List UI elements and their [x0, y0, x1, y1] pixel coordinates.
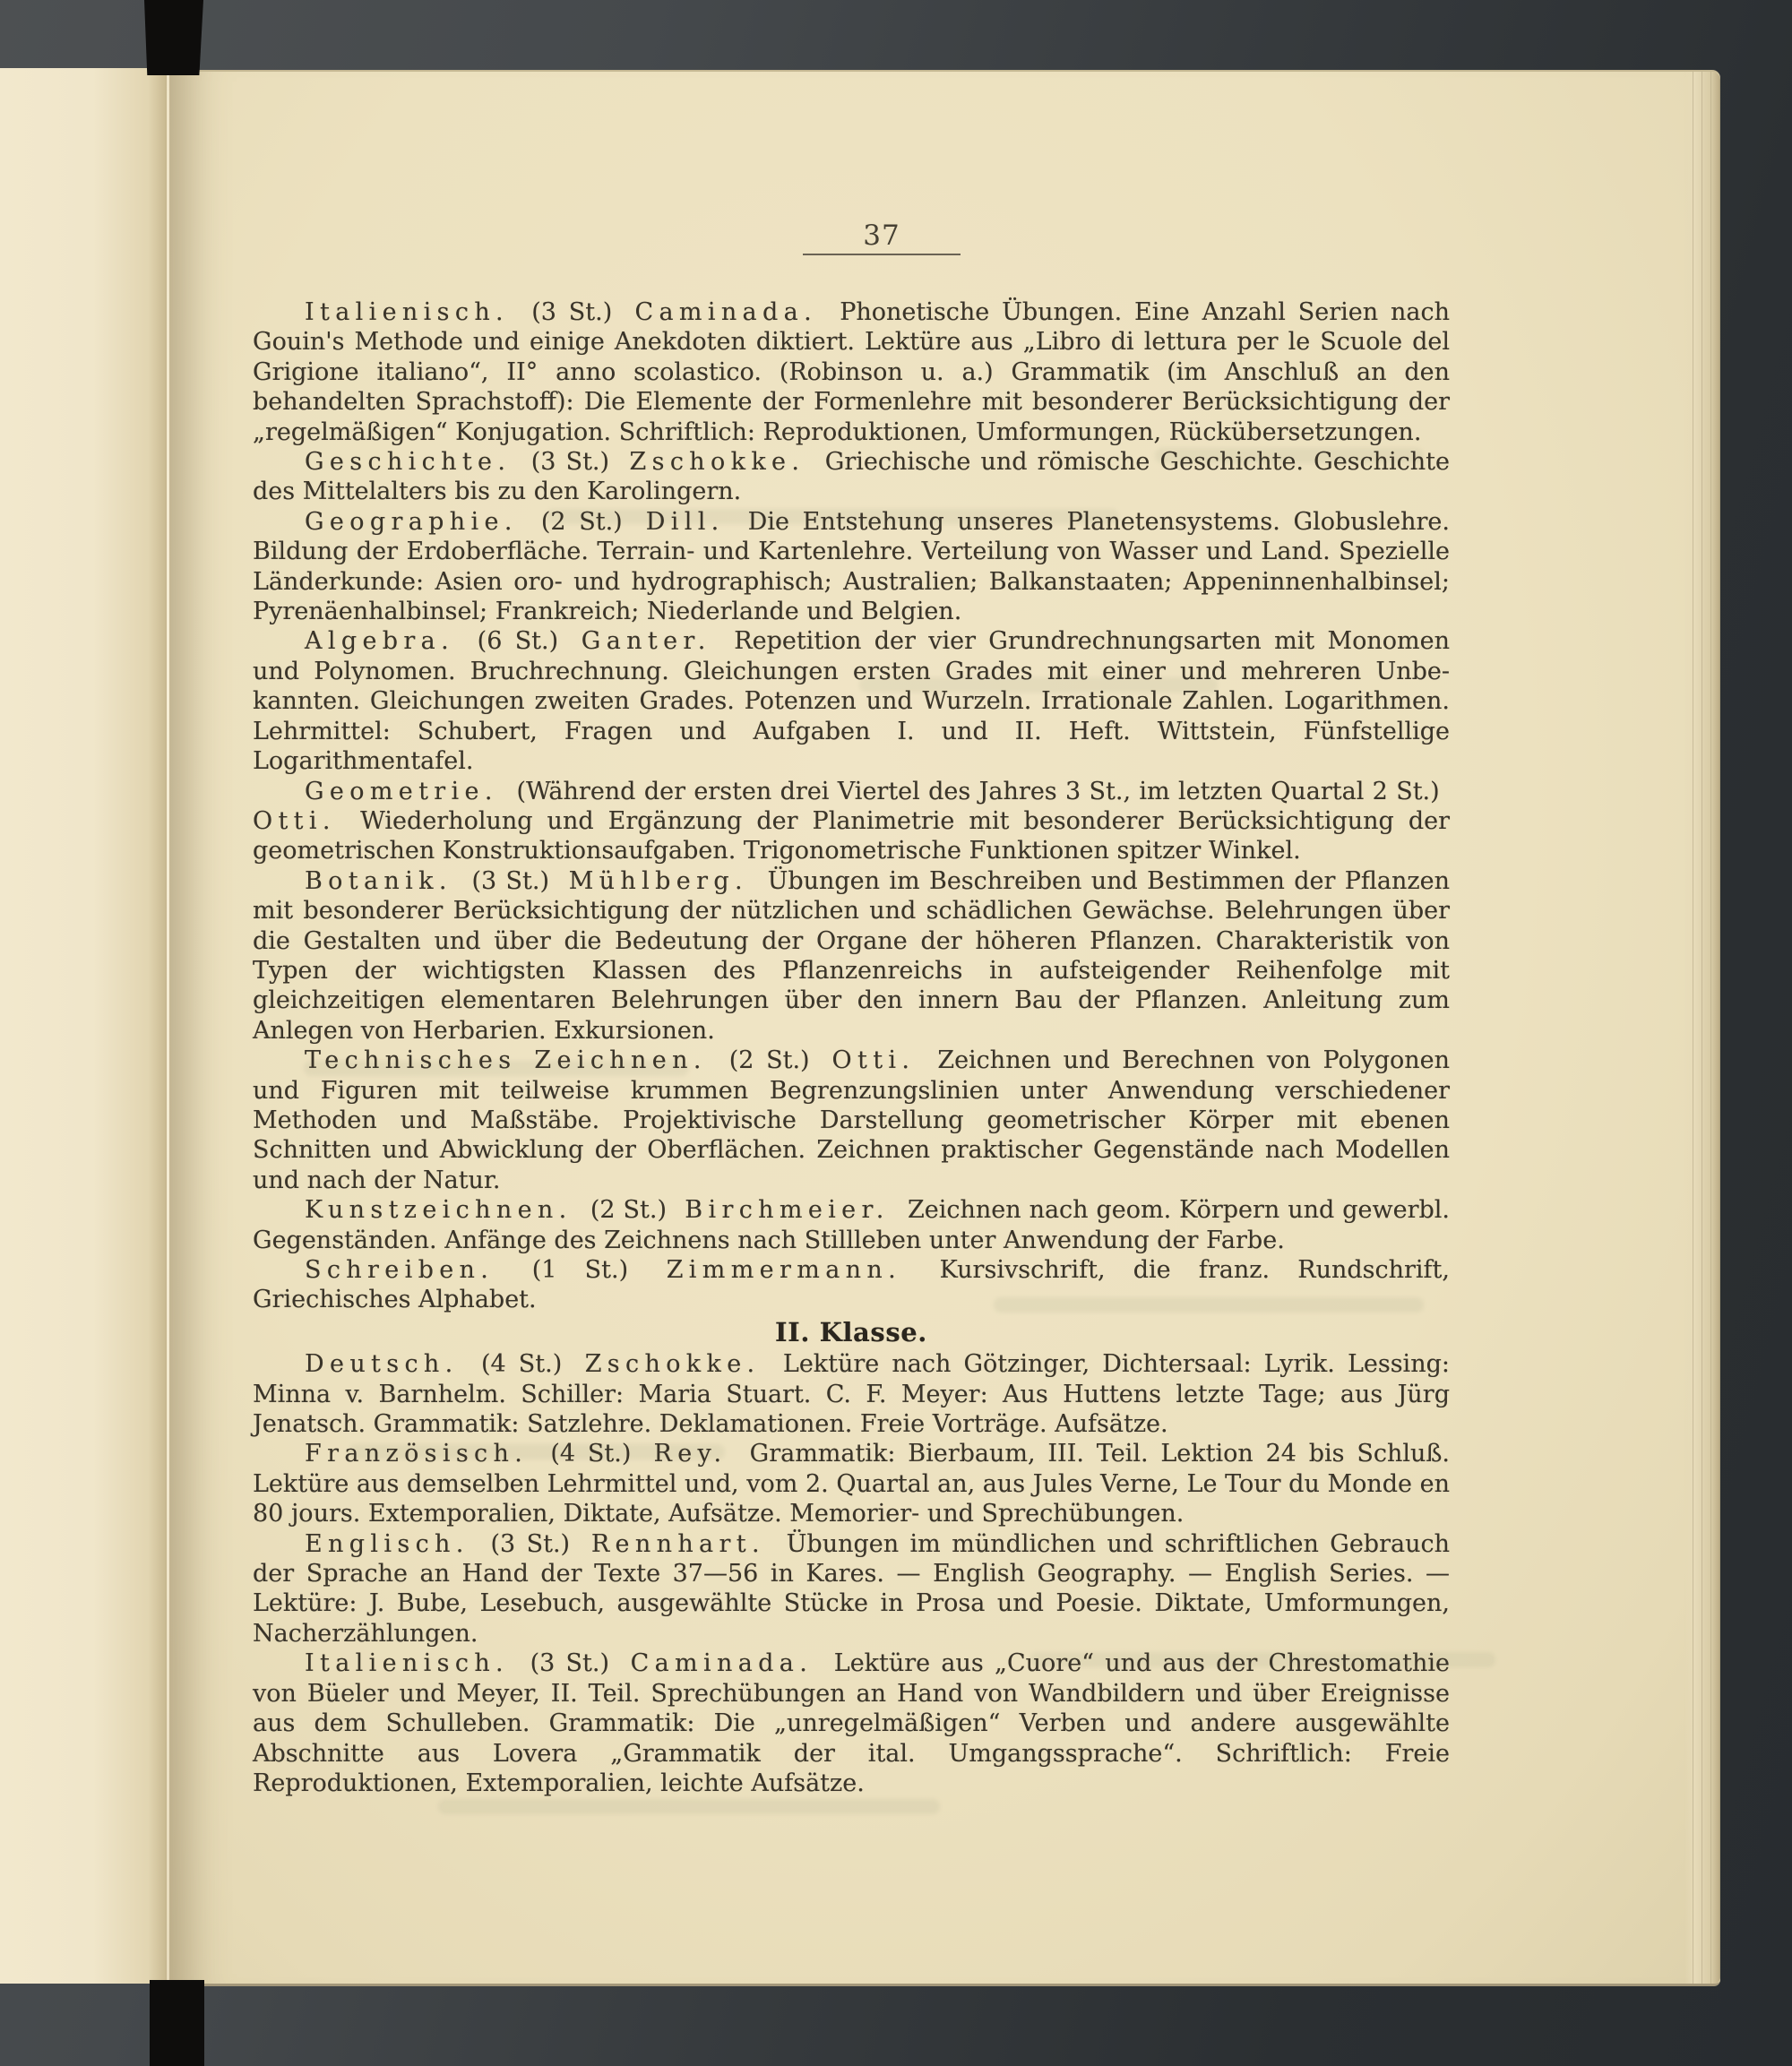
course-paragraph: Englisch. (3 St.) Rennhart. Übungen im m…	[253, 1529, 1450, 1649]
course-hours: (3 St.)	[531, 298, 612, 326]
course-subject: Geometrie.	[305, 778, 498, 805]
course-hours: (3 St.)	[490, 1530, 570, 1558]
course-hours: (2 St.)	[729, 1046, 810, 1074]
course-paragraph: Algebra. (6 St.) Ganter. Repetition der …	[253, 626, 1450, 776]
class-heading: II. Klasse.	[253, 1318, 1450, 1347]
course-teacher: Caminada.	[634, 298, 817, 326]
course-subject: Italienisch.	[305, 1649, 509, 1677]
course-hours: (Während der ersten drei Viertel des Jah…	[516, 778, 1439, 805]
course-subject: Technisches Zeichnen.	[305, 1046, 707, 1074]
course-subject: Italienisch.	[305, 298, 509, 326]
course-paragraph: Geschichte. (3 St.) Zschokke. Griechisch…	[253, 447, 1450, 507]
course-hours: (4 St.)	[481, 1350, 562, 1378]
course-teacher: Zschokke.	[585, 1350, 761, 1378]
course-subject: Algebra.	[305, 627, 454, 655]
scan-background: { "page": { "folio": "37" }, "class1": {…	[0, 0, 1792, 2066]
course-hours: (3 St.)	[530, 1649, 609, 1677]
course-hours: (3 St.)	[531, 448, 609, 476]
bookmark-ribbon-bottom	[150, 1980, 204, 2066]
course-teacher: Birchmeier.	[685, 1196, 889, 1224]
course-paragraph: Französisch. (4 St.) Rey. Grammatik: Bie…	[253, 1439, 1450, 1528]
course-teacher: Ganter.	[582, 627, 711, 655]
page-edge-stack	[1684, 72, 1720, 1984]
page-header: 37	[783, 220, 980, 255]
text-column: Italienisch. (3 St.) Caminada. Phonetisc…	[253, 297, 1450, 1798]
course-teacher: Rey.	[654, 1440, 728, 1468]
bookmark-ribbon-top	[144, 0, 203, 75]
course-paragraph: Deutsch. (4 St.) Zschokke. Lektüre nach …	[253, 1349, 1450, 1439]
course-teacher: Otti.	[832, 1046, 916, 1074]
course-description: Wiederholung und Ergänzung der Planimetr…	[253, 807, 1450, 865]
page-number: 37	[783, 220, 980, 251]
course-subject: Botanik.	[305, 867, 452, 895]
facing-page-edge	[0, 68, 168, 1984]
course-subject: Kunstzeichnen.	[305, 1196, 573, 1224]
course-paragraph: Geographie. (2 St.) Dill. Die Entstehung…	[253, 507, 1450, 627]
course-paragraph: Technisches Zeichnen. (2 St.) Otti. Zeic…	[253, 1046, 1450, 1195]
course-paragraph: Italienisch. (3 St.) Caminada. Phonetisc…	[253, 297, 1450, 447]
course-subject: Geographie.	[305, 508, 518, 536]
course-teacher: Dill.	[646, 508, 725, 536]
course-subject: Französisch.	[305, 1440, 528, 1468]
course-hours: (3 St.)	[471, 867, 549, 895]
course-hours: (1 St.)	[532, 1256, 628, 1284]
course-subject: Schreiben.	[305, 1256, 494, 1284]
course-subject: Geschichte.	[305, 448, 511, 476]
course-hours: (2 St.)	[541, 508, 623, 536]
show-through-smudge	[438, 1799, 940, 1814]
course-hours: (4 St.)	[550, 1440, 631, 1468]
class1-section: Italienisch. (3 St.) Caminada. Phonetisc…	[253, 297, 1450, 1315]
course-teacher: Otti.	[253, 807, 336, 835]
course-hours: (2 St.)	[590, 1196, 667, 1224]
page-number-rule	[803, 254, 961, 255]
course-subject: Englisch.	[305, 1530, 470, 1558]
course-hours: (6 St.)	[478, 627, 558, 655]
course-paragraph: Italienisch. (3 St.) Caminada. Lektüre a…	[253, 1648, 1450, 1798]
course-teacher: Zschokke.	[630, 448, 806, 476]
course-paragraph: Geometrie. (Während der ersten drei Vier…	[253, 777, 1450, 866]
course-paragraph: Botanik. (3 St.) Mühlberg. Übungen im Be…	[253, 866, 1450, 1046]
course-paragraph: Kunstzeichnen. (2 St.) Birchmeier. Zeich…	[253, 1195, 1450, 1255]
course-subject: Deutsch.	[305, 1350, 459, 1378]
course-teacher: Zimmermann.	[667, 1256, 901, 1284]
course-teacher: Mühlberg.	[569, 867, 748, 895]
course-teacher: Caminada.	[631, 1649, 814, 1677]
course-paragraph: Schreiben. (1 St.) Zimmermann. Kursivsch…	[253, 1255, 1450, 1315]
class2-section: Deutsch. (4 St.) Zschokke. Lektüre nach …	[253, 1349, 1450, 1798]
book-page: 37 Italienisch. (3 St.) Caminada. Phonet…	[169, 70, 1720, 1986]
course-teacher: Rennhart.	[591, 1530, 765, 1558]
